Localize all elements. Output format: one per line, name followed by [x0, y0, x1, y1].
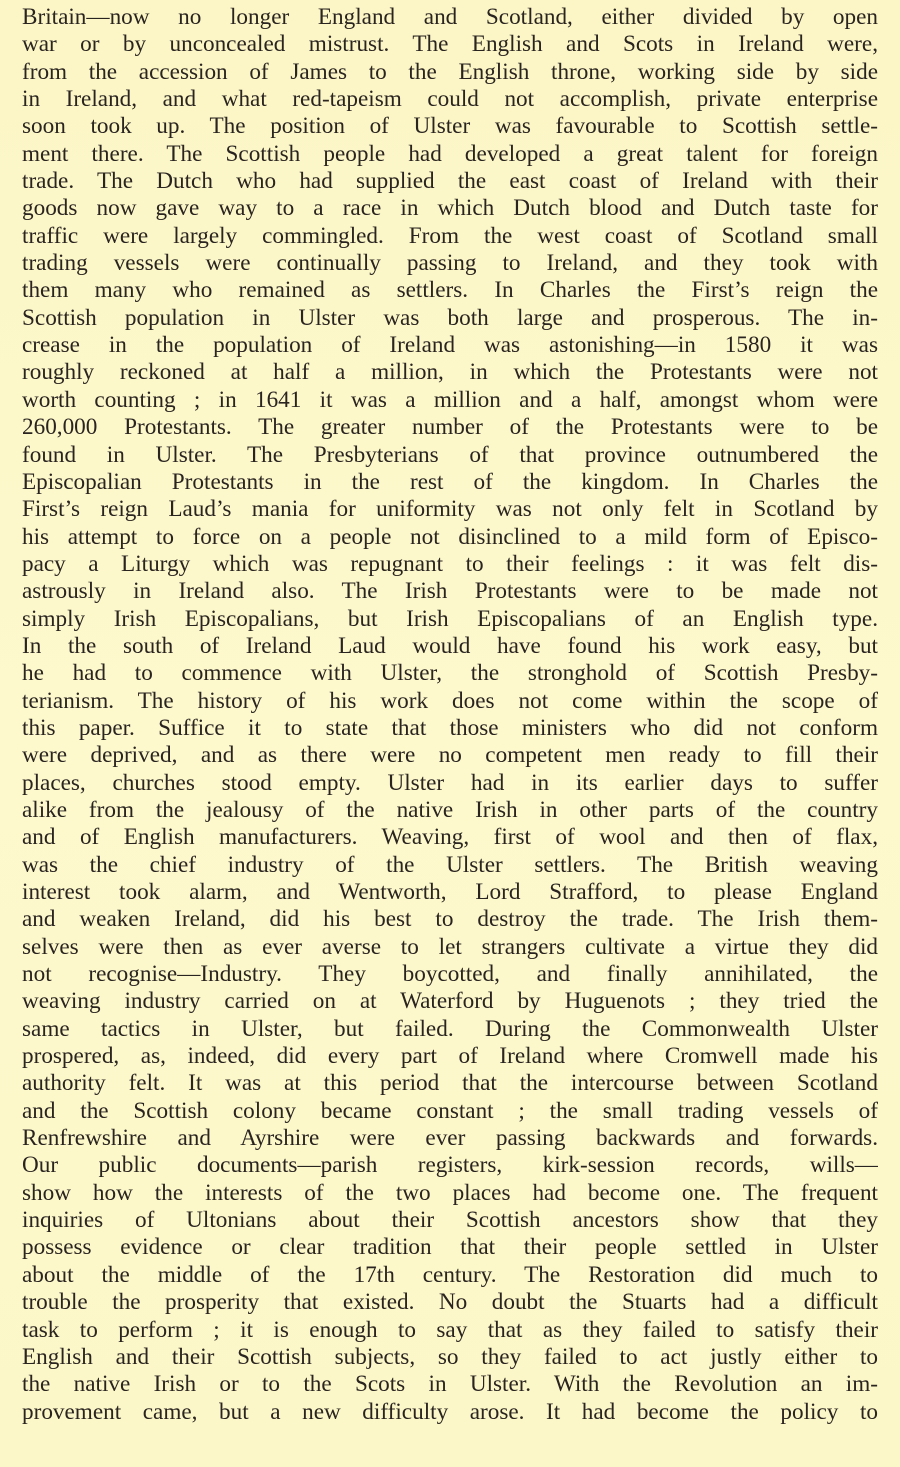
text-line: crease in the population of Ireland was …	[22, 332, 878, 359]
text-line: this paper. Suffice it to state that tho…	[22, 715, 878, 742]
text-line: alike from the jealousy of the native Ir…	[22, 797, 878, 824]
text-line: ment there. The Scottish people had deve…	[22, 141, 878, 168]
text-line: provement came, but a new difficulty aro…	[22, 1399, 878, 1426]
text-line: trade. The Dutch who had supplied the ea…	[22, 168, 878, 195]
text-line: and the Scottish colony became constant …	[22, 1098, 878, 1125]
text-line: in Ireland, and what red-tapeism could n…	[22, 86, 878, 113]
text-line: weaving industry carried on at Waterford…	[22, 988, 878, 1015]
body-text: Britain—now no longer England and Scotla…	[22, 4, 878, 1453]
text-line: Scottish population in Ulster was both l…	[22, 305, 878, 332]
text-line: same tactics in Ulster, but failed. Duri…	[22, 1016, 878, 1043]
text-line: simply Irish Episcopalians, but Irish Ep…	[22, 606, 878, 633]
text-line: task to perform ; it is enough to say th…	[22, 1317, 878, 1344]
text-line: war or by unconcealed mistrust. The Engl…	[22, 31, 878, 58]
text-line: inquiries of Ultonians about their Scott…	[22, 1207, 878, 1234]
text-line: trading vessels were continually passing…	[22, 250, 878, 277]
text-line: show how the interests of the two places…	[22, 1180, 878, 1207]
text-line: traffic were largely commingled. From th…	[22, 223, 878, 250]
text-line: 260,000 Protestants. The greater number …	[22, 414, 878, 441]
text-line: Renfrewshire and Ayrshire were ever pass…	[22, 1125, 878, 1152]
text-line: roughly reckoned at half a million, in w…	[22, 359, 878, 386]
text-line: terianism. The history of his work does …	[22, 688, 878, 715]
text-line: English and their Scottish subjects, so …	[22, 1344, 878, 1371]
text-line: possess evidence or clear tradition that…	[22, 1234, 878, 1261]
text-line	[22, 1426, 878, 1453]
text-line: about the middle of the 17th century. Th…	[22, 1262, 878, 1289]
text-line: In the south of Ireland Laud would have …	[22, 633, 878, 660]
text-line: and of English manufacturers. Weaving, f…	[22, 824, 878, 851]
text-line: found in Ulster. The Presbyterians of th…	[22, 442, 878, 469]
text-line: was the chief industry of the Ulster set…	[22, 852, 878, 879]
book-page: Britain—now no longer England and Scotla…	[0, 0, 900, 1467]
text-line: them many who remained as settlers. In C…	[22, 277, 878, 304]
text-line: pacy a Liturgy which was repugnant to th…	[22, 551, 878, 578]
text-line: Our public documents—parish registers, k…	[22, 1152, 878, 1179]
text-line: places, churches stood empty. Ulster had…	[22, 770, 878, 797]
text-line: from the accession of James to the Engli…	[22, 59, 878, 86]
text-line: Britain—now no longer England and Scotla…	[22, 4, 878, 31]
text-line: the native Irish or to the Scots in Ulst…	[22, 1371, 878, 1398]
text-line: were deprived, and as there were no comp…	[22, 742, 878, 769]
text-line: and weaken Ireland, did his best to dest…	[22, 906, 878, 933]
text-line: authority felt. It was at this period th…	[22, 1070, 878, 1097]
text-line: worth counting ; in 1641 it was a millio…	[22, 387, 878, 414]
text-line: goods now gave way to a race in which Du…	[22, 195, 878, 222]
text-line: soon took up. The position of Ulster was…	[22, 113, 878, 140]
text-line: his attempt to force on a people not dis…	[22, 524, 878, 551]
text-line: astrously in Ireland also. The Irish Pro…	[22, 578, 878, 605]
text-line: Episcopalian Protestants in the rest of …	[22, 469, 878, 496]
text-line: prospered, as, indeed, did every part of…	[22, 1043, 878, 1070]
text-line: First’s reign Laud’s mania for uniformit…	[22, 496, 878, 523]
text-line: he had to commence with Ulster, the stro…	[22, 660, 878, 687]
text-line: trouble the prosperity that existed. No …	[22, 1289, 878, 1316]
text-line: interest took alarm, and Wentworth, Lord…	[22, 879, 878, 906]
text-line: selves were then as ever averse to let s…	[22, 934, 878, 961]
text-line: not recognise—Industry. They boycotted, …	[22, 961, 878, 988]
